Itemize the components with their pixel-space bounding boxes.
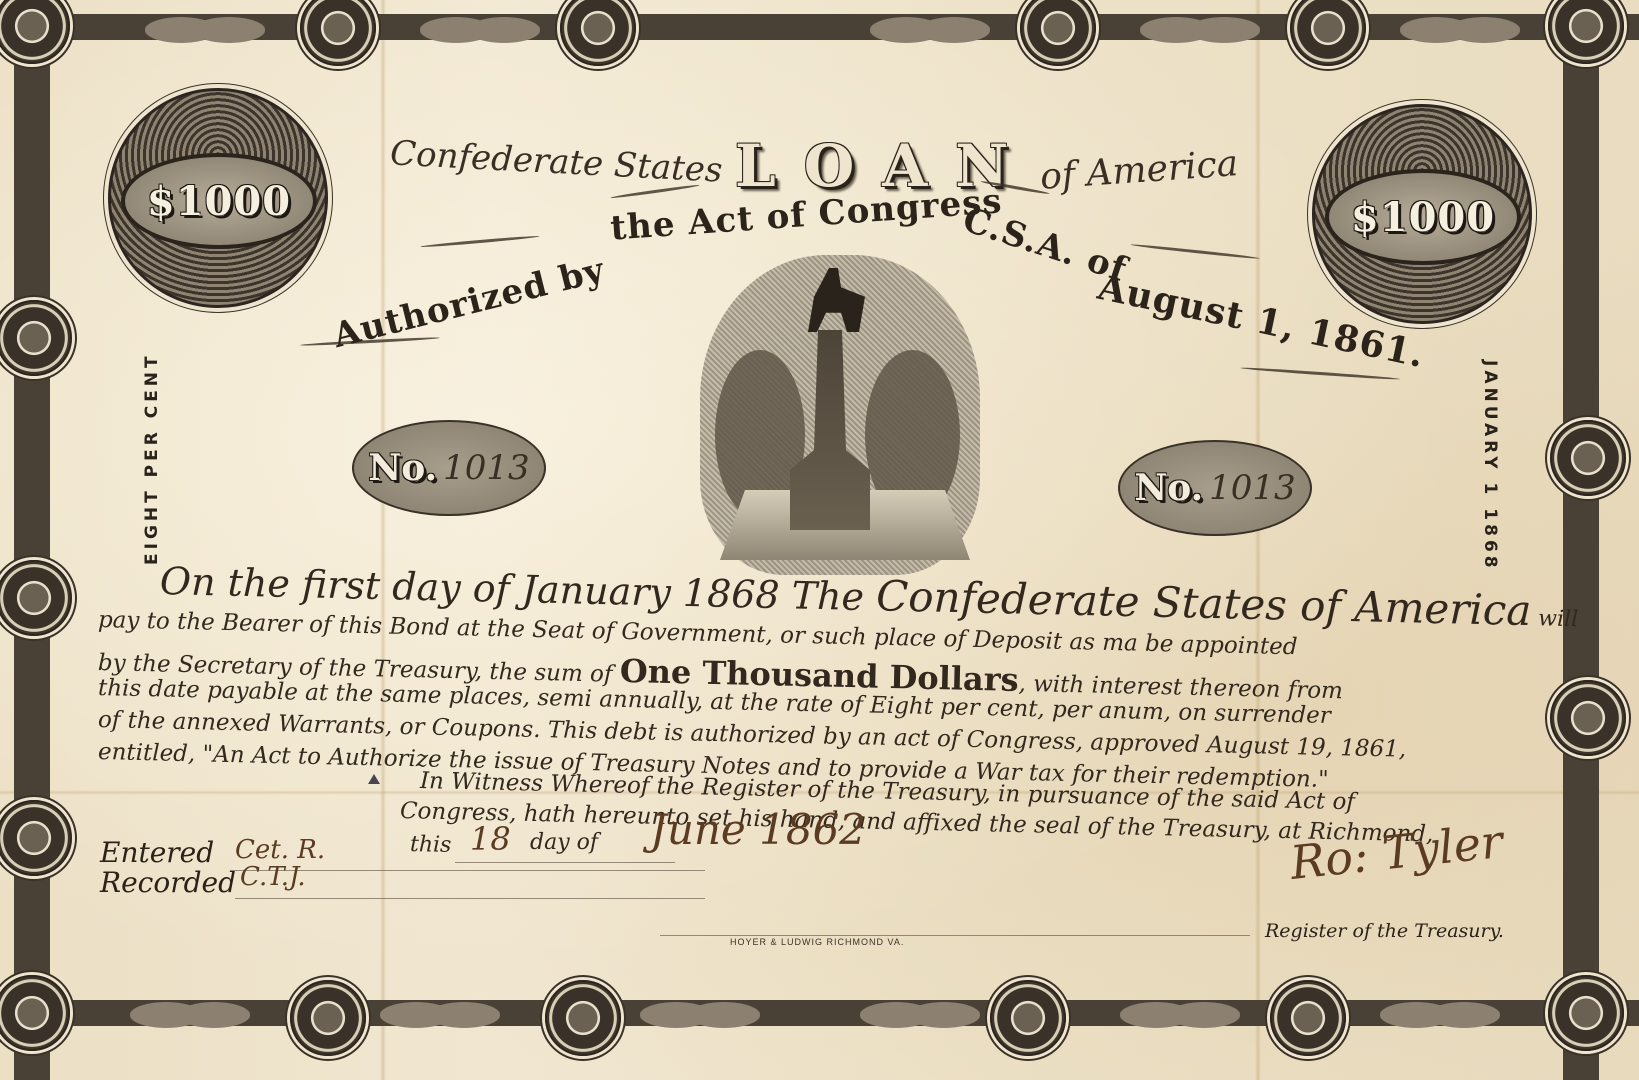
border-rosette-icon xyxy=(1550,680,1626,756)
signature-rule xyxy=(660,935,1250,936)
acanthus-flourish-icon xyxy=(1120,985,1240,1045)
border-rosette-icon xyxy=(990,980,1066,1056)
acanthus-flourish-icon xyxy=(145,0,265,60)
acanthus-flourish-icon xyxy=(1380,985,1500,1045)
acanthus-flourish-icon xyxy=(1400,0,1520,60)
border-right xyxy=(1563,0,1599,1080)
fold-crease xyxy=(380,0,386,1080)
entered-label: Entered xyxy=(100,836,214,869)
date-rule xyxy=(455,862,675,863)
ink-mark xyxy=(368,774,380,784)
register-title: Register of the Treasury. xyxy=(1265,920,1504,942)
entered-initials: Cet. R. xyxy=(235,835,325,865)
denomination-value: $1000 xyxy=(1351,194,1495,241)
acanthus-flourish-icon xyxy=(380,985,500,1045)
fold-crease xyxy=(1255,0,1261,1080)
serial-label: No. xyxy=(368,447,437,489)
serial-value: 1013 xyxy=(1209,468,1296,508)
day-of-label: day of xyxy=(530,830,598,855)
printer-imprint: HOYER & LUDWIG RICHMOND VA. xyxy=(730,937,904,947)
maturity-date-side-text: JANUARY 1 1868 xyxy=(1480,360,1500,572)
acanthus-flourish-icon xyxy=(1140,0,1260,60)
serial-value: 1013 xyxy=(443,448,530,488)
denomination-medallion-left: $1000 xyxy=(108,88,328,308)
acanthus-flourish-icon xyxy=(870,0,990,60)
interest-rate-side-text: EIGHT PER CENT xyxy=(142,352,162,565)
body-text: will xyxy=(1531,606,1578,632)
acanthus-flourish-icon xyxy=(860,985,980,1045)
serial-number-right: No. 1013 xyxy=(1118,440,1312,536)
handwritten-day: 18 xyxy=(470,820,511,858)
denomination-medallion-right: $1000 xyxy=(1312,104,1532,324)
acanthus-flourish-icon xyxy=(130,985,250,1045)
recorded-rule xyxy=(235,898,705,899)
handwritten-month-year: June 1862 xyxy=(650,805,866,854)
border-rosette-icon xyxy=(1548,975,1624,1051)
recorded-label: Recorded xyxy=(100,866,236,899)
recorded-initials: C.T.J. xyxy=(240,862,306,892)
denomination-oval: $1000 xyxy=(1325,169,1521,265)
acanthus-flourish-icon xyxy=(420,0,540,60)
serial-number-left: No. 1013 xyxy=(352,420,546,516)
border-left xyxy=(14,0,50,1080)
denomination-oval: $1000 xyxy=(121,153,317,249)
border-rosette-icon xyxy=(545,980,621,1056)
serial-label: No. xyxy=(1134,467,1203,509)
body-line-9: this xyxy=(410,832,452,858)
border-rosette-icon xyxy=(1550,420,1626,496)
border-rosette-icon xyxy=(290,980,366,1056)
border-rosette-icon xyxy=(1270,980,1346,1056)
denomination-value: $1000 xyxy=(147,178,291,225)
acanthus-flourish-icon xyxy=(640,985,760,1045)
